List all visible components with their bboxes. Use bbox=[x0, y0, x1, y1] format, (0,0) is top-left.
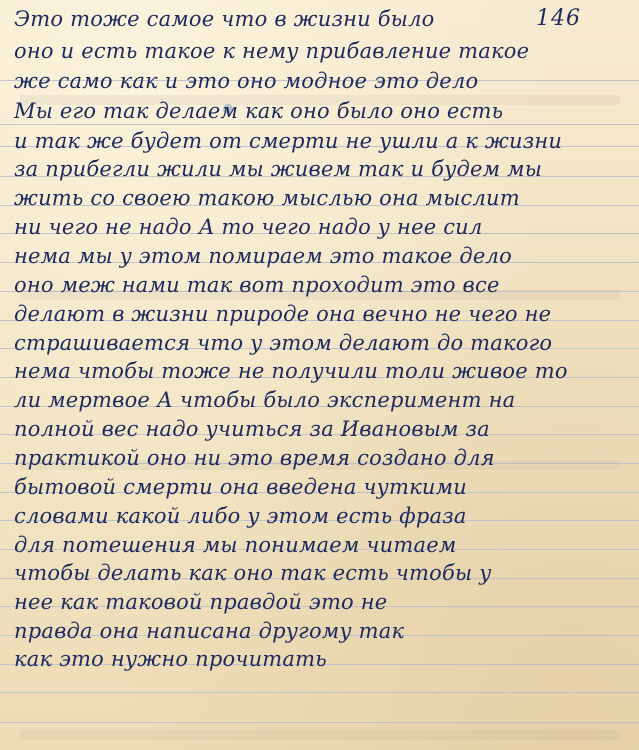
handwritten-line: нее как таковой правдой это не bbox=[14, 589, 614, 615]
ruled-line bbox=[0, 722, 639, 723]
handwritten-line: ни чего не надо А то чего надо у нее сил bbox=[14, 214, 614, 240]
handwritten-line: ли мертвое А чтобы было эксперимент на bbox=[14, 387, 614, 413]
handwritten-line: делают в жизни природе она вечно не чего… bbox=[14, 301, 614, 327]
ruled-line bbox=[0, 692, 639, 693]
handwritten-line: за прибегли жили мы живем так и будем мы bbox=[14, 156, 614, 182]
handwritten-line: и так же будет от смерти не ушли а к жиз… bbox=[14, 128, 614, 154]
bleed-through-text bbox=[20, 730, 620, 740]
handwritten-line: оно и есть такое к нему прибавление тако… bbox=[14, 38, 614, 64]
handwritten-line: как это нужно прочитать bbox=[14, 646, 614, 672]
handwritten-line: для потешения мы понимаем читаем bbox=[14, 532, 614, 558]
handwritten-line: чтобы делать как оно так есть чтобы у bbox=[14, 560, 614, 586]
handwritten-line: оно меж нами так вот проходит это все bbox=[14, 272, 614, 298]
handwritten-line: страшивается что у этом делают до такого bbox=[14, 330, 614, 356]
handwritten-line: бытовой смерти она введена чуткими bbox=[14, 474, 614, 500]
handwritten-line: нема мы у этом помираем это такое дело bbox=[14, 243, 614, 269]
handwritten-line: словами какой либо у этом есть фраза bbox=[14, 503, 614, 529]
handwritten-line: нема чтобы тоже не получили толи живое т… bbox=[14, 358, 614, 384]
handwritten-line: же само как и это оно модное это дело bbox=[14, 68, 614, 94]
handwritten-line: полной вес надо учиться за Ивановым за bbox=[14, 416, 614, 442]
ruled-line bbox=[0, 124, 639, 125]
handwritten-line: правда она написана другому так bbox=[14, 618, 614, 644]
handwritten-line: практикой оно ни это время создано для bbox=[14, 445, 614, 471]
handwritten-line: Мы его так делаем как оно было оно есть bbox=[14, 98, 614, 124]
notebook-page: 146 Это тоже самое что в жизни было оно … bbox=[0, 0, 639, 750]
handwritten-line: жить со своею такою мыслью она мыслит bbox=[14, 185, 614, 211]
handwritten-line: Это тоже самое что в жизни было bbox=[14, 6, 614, 32]
